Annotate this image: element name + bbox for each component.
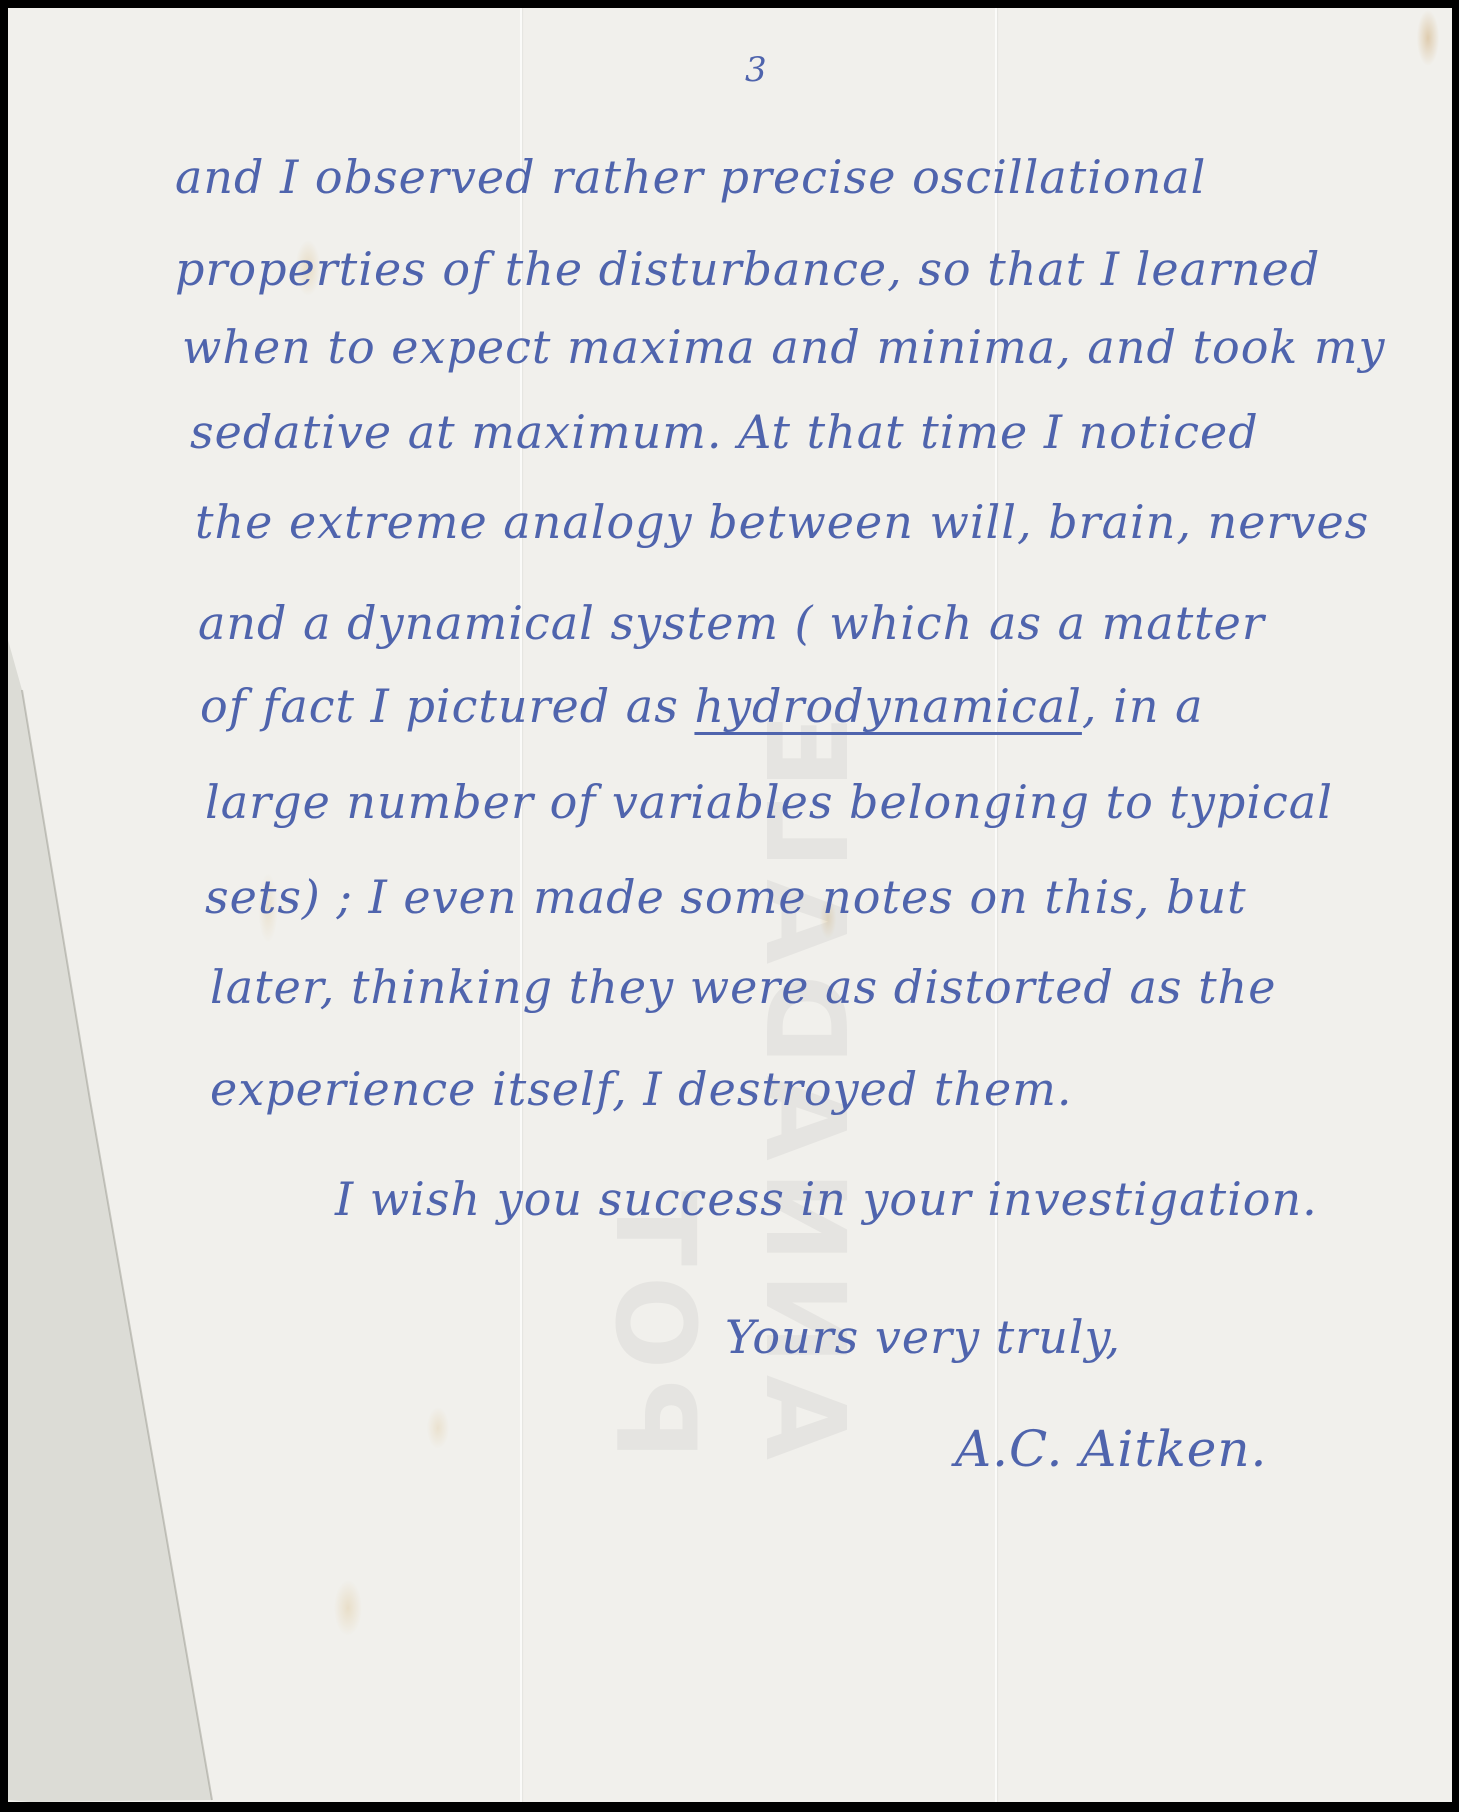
body-line: large number of variables belonging to t… bbox=[205, 775, 1333, 829]
body-line: and a dynamical system ( which as a matt… bbox=[198, 596, 1265, 650]
underlined-word: hydrodynamical bbox=[694, 679, 1081, 733]
signature: A.C. Aitken. bbox=[955, 1420, 1267, 1478]
body-text: , in a bbox=[1082, 679, 1204, 733]
body-line: sedative at maximum. At that time I noti… bbox=[190, 405, 1259, 459]
body-line: later, thinking they were as distorted a… bbox=[210, 960, 1276, 1014]
closing-wish: I wish you success in your investigation… bbox=[335, 1172, 1318, 1226]
body-line: experience itself, I destroyed them. bbox=[210, 1062, 1072, 1116]
body-line: sets) ; I even made some notes on this, … bbox=[205, 870, 1247, 924]
body-line: of fact I pictured as hydrodynamical, in… bbox=[200, 679, 1204, 733]
valediction: Yours very truly, bbox=[725, 1310, 1121, 1364]
body-text: of fact I pictured as bbox=[200, 679, 679, 733]
body-line: when to expect maxima and minima, and to… bbox=[182, 320, 1386, 374]
body-line: and I observed rather precise oscillatio… bbox=[175, 150, 1206, 204]
body-line: the extreme analogy between will, brain,… bbox=[195, 495, 1369, 549]
page-number: 3 bbox=[745, 50, 768, 90]
body-line: properties of the disturbance, so that I… bbox=[175, 242, 1320, 296]
